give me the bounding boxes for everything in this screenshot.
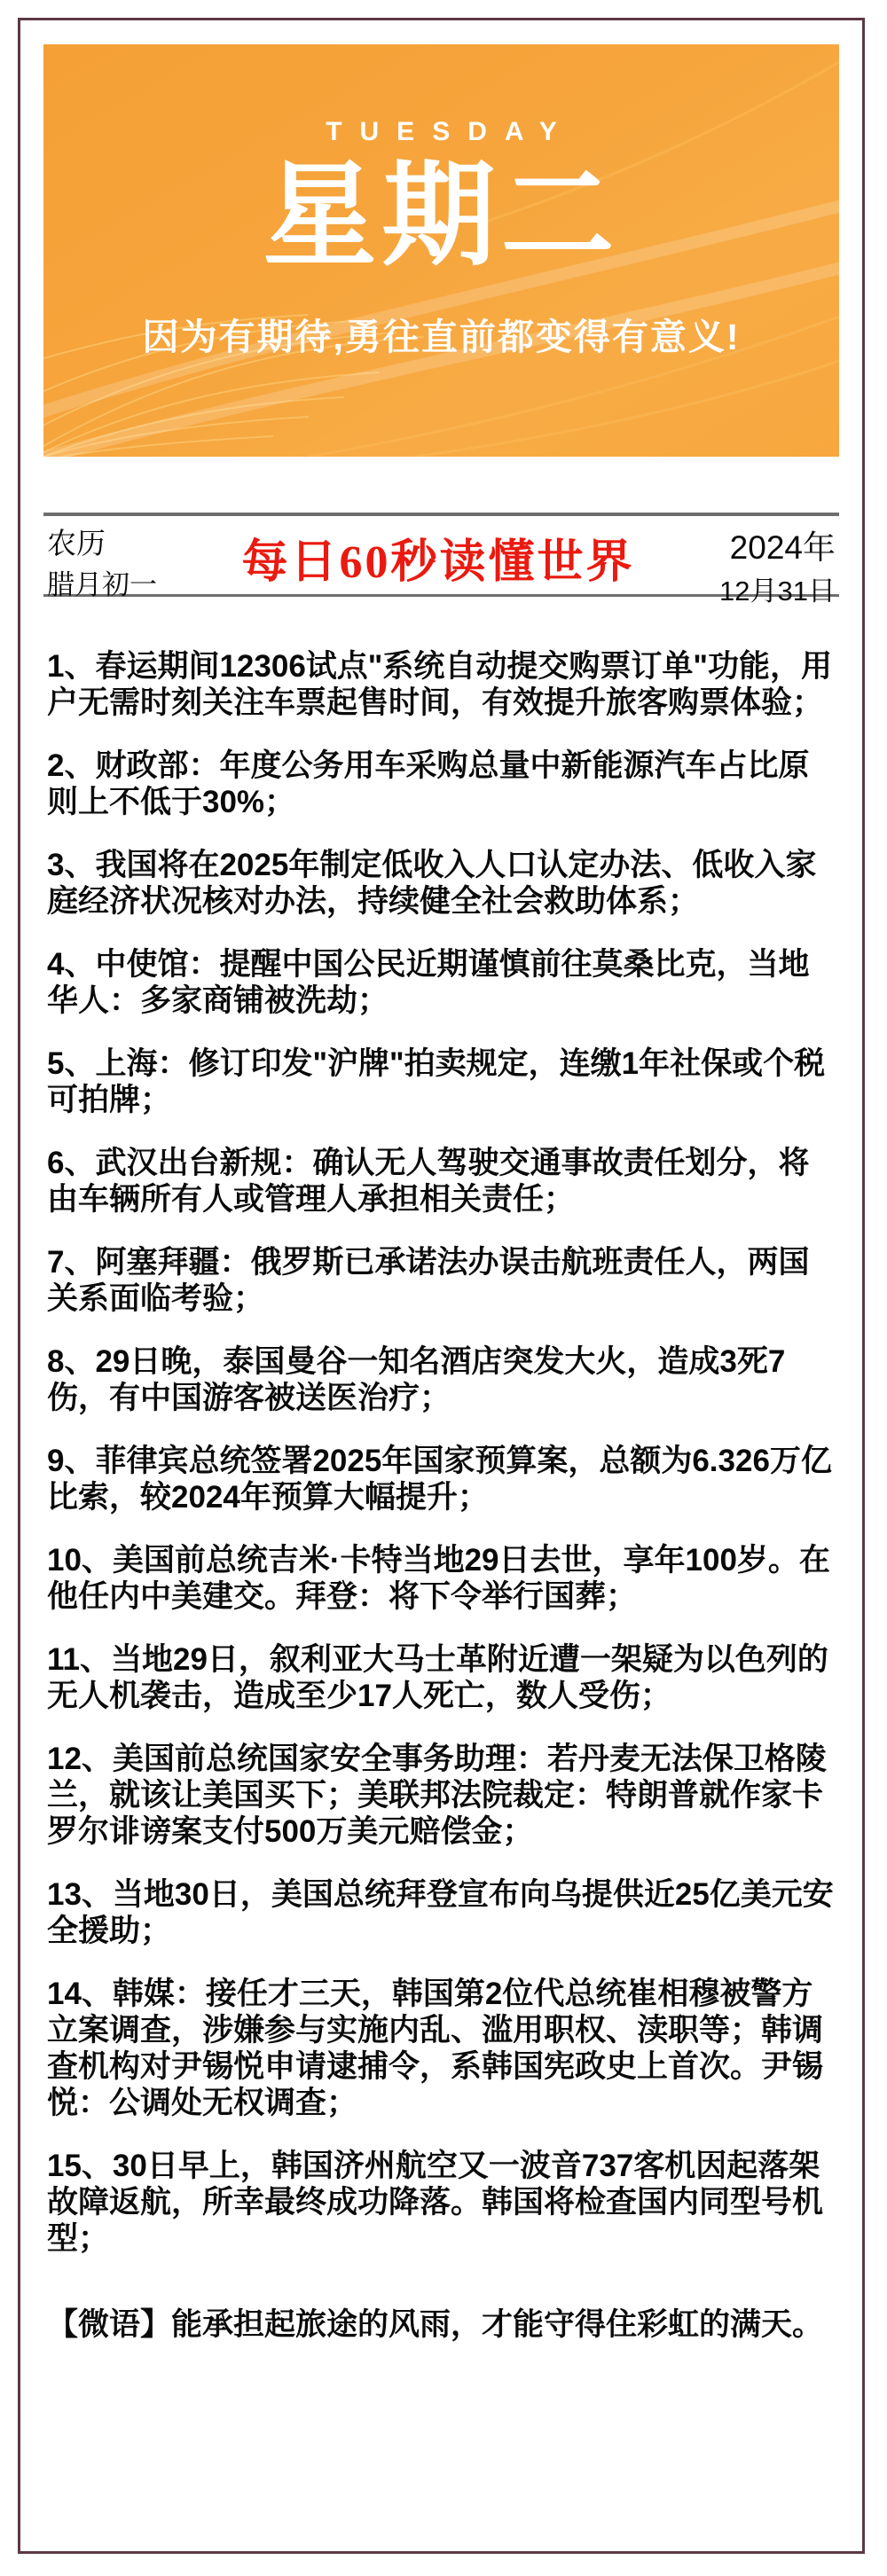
year-value: 2024年 xyxy=(719,521,836,568)
month-day-value: 12月31日 xyxy=(719,568,836,608)
news-item: 13、当地30日，美国总统拜登宣布向乌提供近25亿美元安全援助； xyxy=(47,1876,836,1949)
news-item: 14、韩媒：接任才三天，韩国第2位代总统崔相穆被警方立案调查，涉嫌参与实施内乱、… xyxy=(47,1976,836,2121)
news-item: 9、菲律宾总统签署2025年国家预算案，总额为6.326万亿比索，较2024年预… xyxy=(47,1443,836,1515)
gregorian-date-column: 2024年 12月31日 xyxy=(719,521,836,590)
lunar-date-column: 农历 腊月初一 xyxy=(47,521,157,590)
news-item: 6、武汉出台新规：确认无人驾驶交通事故责任划分，将由车辆所有人或管理人承担相关责… xyxy=(47,1145,836,1218)
news-item: 11、当地29日，叙利亚大马士革附近遭一架疑为以色列的无人机袭击，造成至少17人… xyxy=(47,1641,836,1714)
news-digest-page: { "banner": { "weekday_en": "TUESDAY", "… xyxy=(0,0,887,2576)
news-item: 15、30日早上，韩国济州航空又一波音737客机因起落架故障返航，所幸最终成功降… xyxy=(47,2148,836,2257)
date-bar: 农历 腊月初一 每日60秒读懂世界 2024年 12月31日 xyxy=(43,513,839,597)
news-list: 1、春运期间12306试点"系统自动提交购票订单"功能，用户无需时刻关注车票起售… xyxy=(43,648,839,2257)
news-item: 1、春运期间12306试点"系统自动提交购票订单"功能，用户无需时刻关注车票起售… xyxy=(47,648,836,721)
daily-digest-title: 每日60秒读懂世界 xyxy=(242,524,635,591)
news-item: 4、中使馆：提醒中国公民近期谨慎前往莫桑比克，当地华人：多家商铺被洗劫； xyxy=(47,946,836,1019)
news-item: 10、美国前总统吉米·卡特当地29日去世，享年100岁。在他任内中美建交。拜登：… xyxy=(47,1542,836,1615)
news-item: 7、阿塞拜疆：俄罗斯已承诺法办误击航班责任人，两国关系面临考验； xyxy=(47,1244,836,1317)
news-item: 8、29日晚，泰国曼谷一知名酒店突发大火，造成3死7伤，有中国游客被送医治疗； xyxy=(47,1343,836,1416)
news-item: 5、上海：修订印发"沪牌"拍卖规定，连缴1年社保或个税可拍牌； xyxy=(47,1045,836,1118)
lunar-date-value: 腊月初一 xyxy=(47,562,157,602)
news-item: 3、我国将在2025年制定低收入人口认定办法、低收入家庭经济状况核对办法，持续健… xyxy=(47,847,836,920)
weekday-banner: TUESDAY 星期二 因为有期待,勇往直前都变得有意义! xyxy=(43,44,839,457)
page-frame: TUESDAY 星期二 因为有期待,勇往直前都变得有意义! 农历 腊月初一 每日… xyxy=(18,18,865,2554)
banner-content: TUESDAY 星期二 因为有期待,勇往直前都变得有意义! xyxy=(43,44,839,457)
weekday-english-label: TUESDAY xyxy=(308,117,575,147)
banner-motto: 因为有期待,勇往直前都变得有意义! xyxy=(142,308,740,360)
weekday-chinese-label: 星期二 xyxy=(263,154,619,279)
lunar-calendar-label: 农历 xyxy=(47,521,157,562)
news-item: 2、财政部：年度公务用车采购总量中新能源汽车占比原则上不低于30%； xyxy=(47,748,836,820)
footer-quote: 【微语】能承担起旅途的风雨，才能守得住彩虹的满天。 xyxy=(47,2306,836,2343)
news-item: 12、美国前总统国家安全事务助理：若丹麦无法保卫格陵兰，就该让美国买下；美联邦法… xyxy=(47,1741,836,1850)
